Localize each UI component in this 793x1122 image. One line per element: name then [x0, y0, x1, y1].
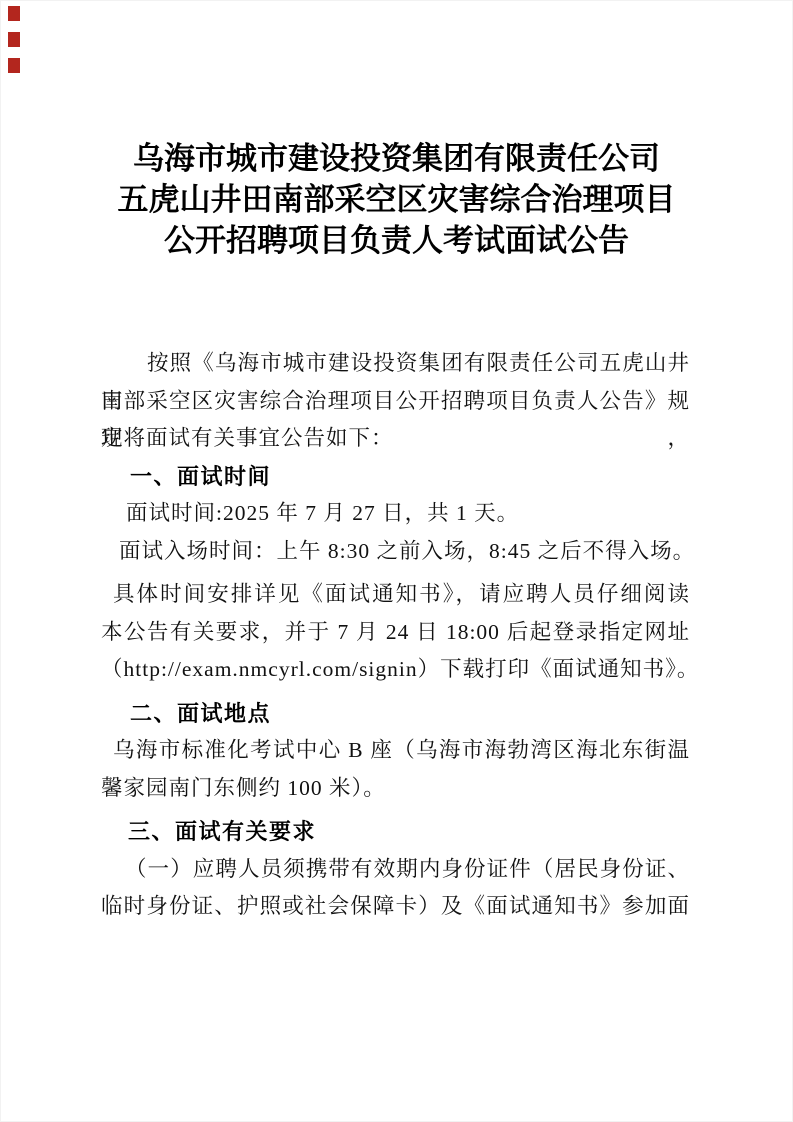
document-line: 临时身份证、护照或社会保障卡）及《面试通知书》参加面 — [101, 888, 690, 926]
title-line: 乌海市城市建设投资集团有限责任公司 — [0, 138, 793, 179]
document-line: 具体时间安排详见《面试通知书》，请应聘人员仔细阅读 — [101, 576, 690, 614]
red-artifact-mark-icon — [8, 6, 20, 21]
document-page: 乌海市城市建设投资集团有限责任公司五虎山井田南部采空区灾害综合治理项目公开招聘项… — [0, 0, 793, 1122]
document-body: 按照《乌海市城市建设投资集团有限责任公司五虎山井田南部采空区灾害综合治理项目公开… — [101, 345, 690, 926]
document-line: 按照《乌海市城市建设投资集团有限责任公司五虎山井田 — [101, 345, 690, 383]
document-line: 乌海市标准化考试中心 B 座（乌海市海勃湾区海北东街温 — [101, 732, 690, 770]
red-artifact-mark-icon — [8, 32, 20, 47]
document-line: 南部采空区灾害综合治理项目公开招聘项目负责人公告》规定， — [101, 383, 690, 421]
document-line: （一）应聘人员须携带有效期内身份证件（居民身份证、 — [101, 851, 690, 889]
document-line: 面试时间:2025 年 7 月 27 日，共 1 天。 — [101, 495, 690, 533]
section-heading: 二、面试地点 — [101, 695, 690, 733]
document-line: （http://exam.nmcyrl.com/signin）下载打印《面试通知… — [101, 651, 690, 689]
document-title: 乌海市城市建设投资集团有限责任公司五虎山井田南部采空区灾害综合治理项目公开招聘项… — [0, 138, 793, 261]
title-line: 公开招聘项目负责人考试面试公告 — [0, 220, 793, 261]
document-line: 馨家园南门东侧约 100 米）。 — [101, 770, 690, 808]
red-artifact-mark-icon — [8, 58, 20, 73]
section-heading: 三、面试有关要求 — [101, 813, 690, 851]
document-line: 面试入场时间：上午 8:30 之前入场，8:45 之后不得入场。 — [101, 533, 690, 571]
document-line: 本公告有关要求，并于 7 月 24 日 18:00 后起登录指定网址 — [101, 614, 690, 652]
section-heading: 一、面试时间 — [101, 458, 690, 496]
title-line: 五虎山井田南部采空区灾害综合治理项目 — [0, 179, 793, 220]
